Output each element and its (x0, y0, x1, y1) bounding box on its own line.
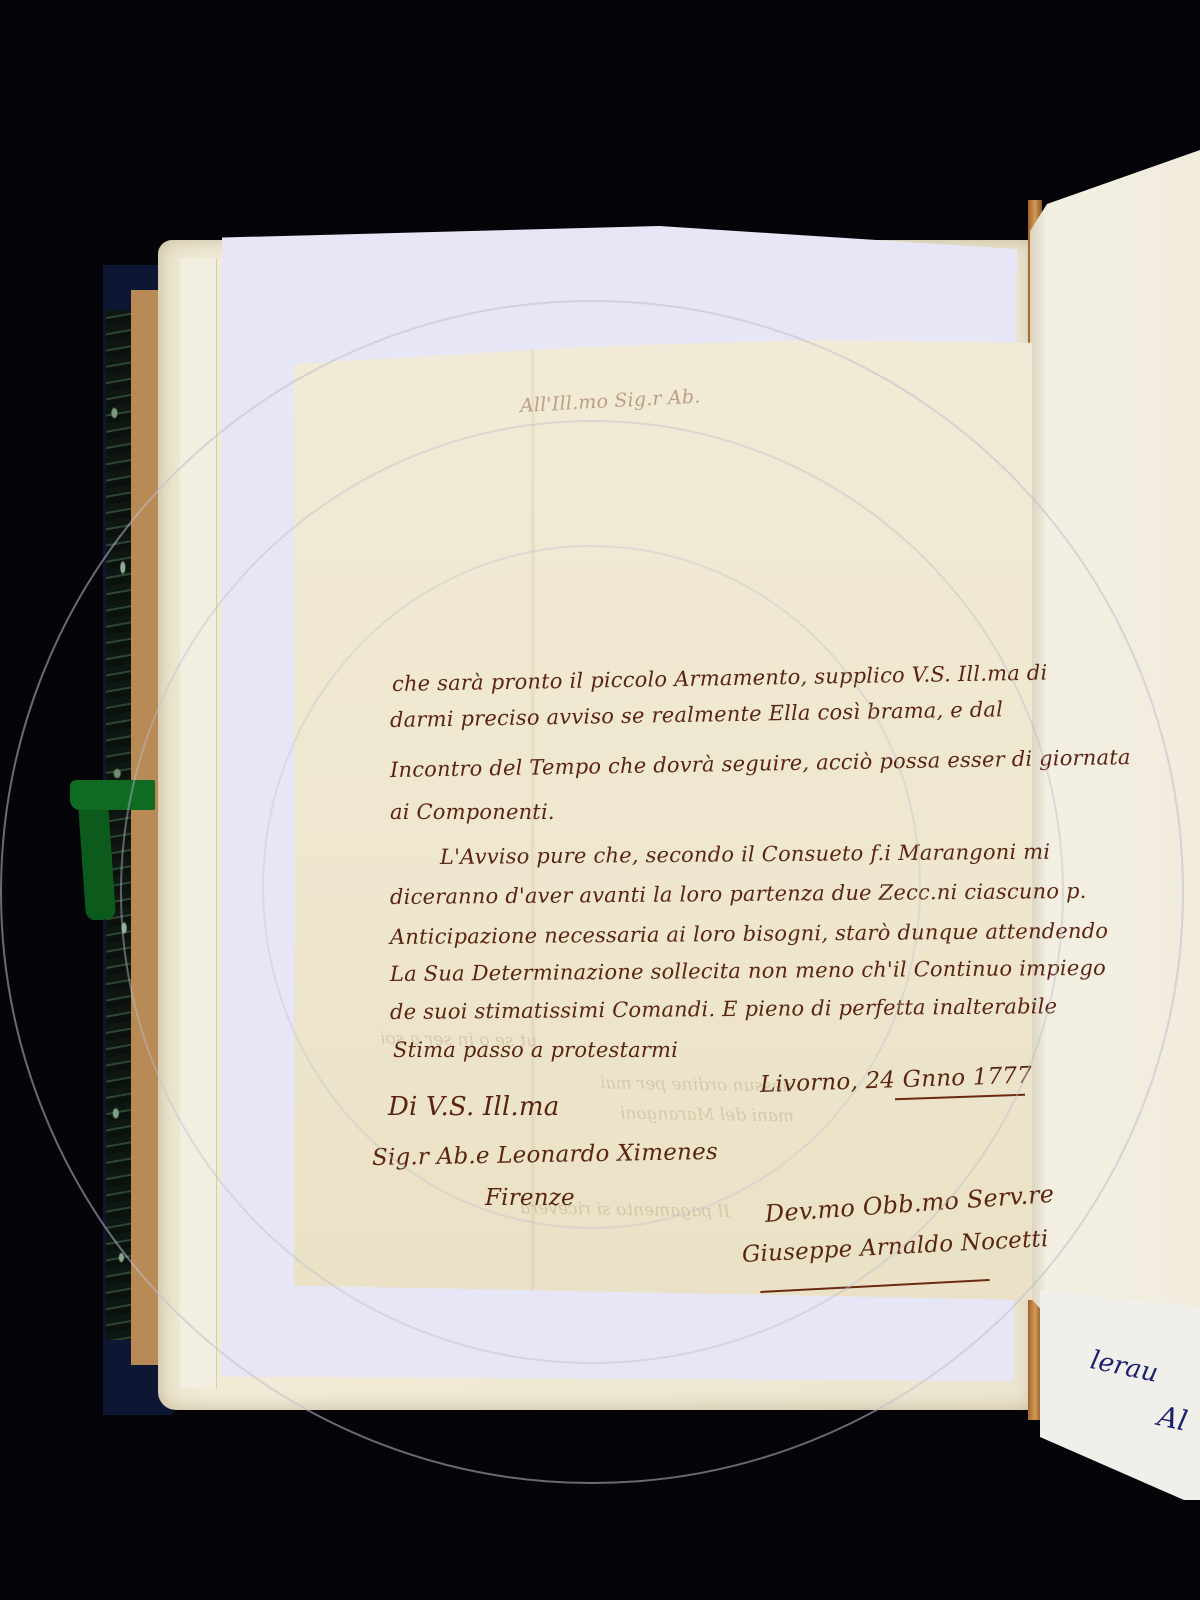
inner-board (131, 290, 159, 1365)
letter-salutation: Di V.S. Ill.ma (388, 1092, 559, 1122)
right-page-lower-sheet: lerau Al (1040, 1290, 1200, 1500)
page-stack-edge (180, 258, 217, 1388)
bleed-through-text: mani del Marangoni (620, 1103, 794, 1126)
letter-addressee-city: Firenze (485, 1185, 575, 1211)
right-page-text-2: Al (1155, 1399, 1190, 1437)
right-page-text-1: lerau (1088, 1345, 1161, 1389)
marbled-spine (106, 310, 134, 1340)
letter-line-4: ai Componenti. (390, 800, 555, 824)
ribbon-bookmark (70, 780, 155, 810)
letter-line-10: Stima passo a protestarmi (393, 1038, 678, 1062)
